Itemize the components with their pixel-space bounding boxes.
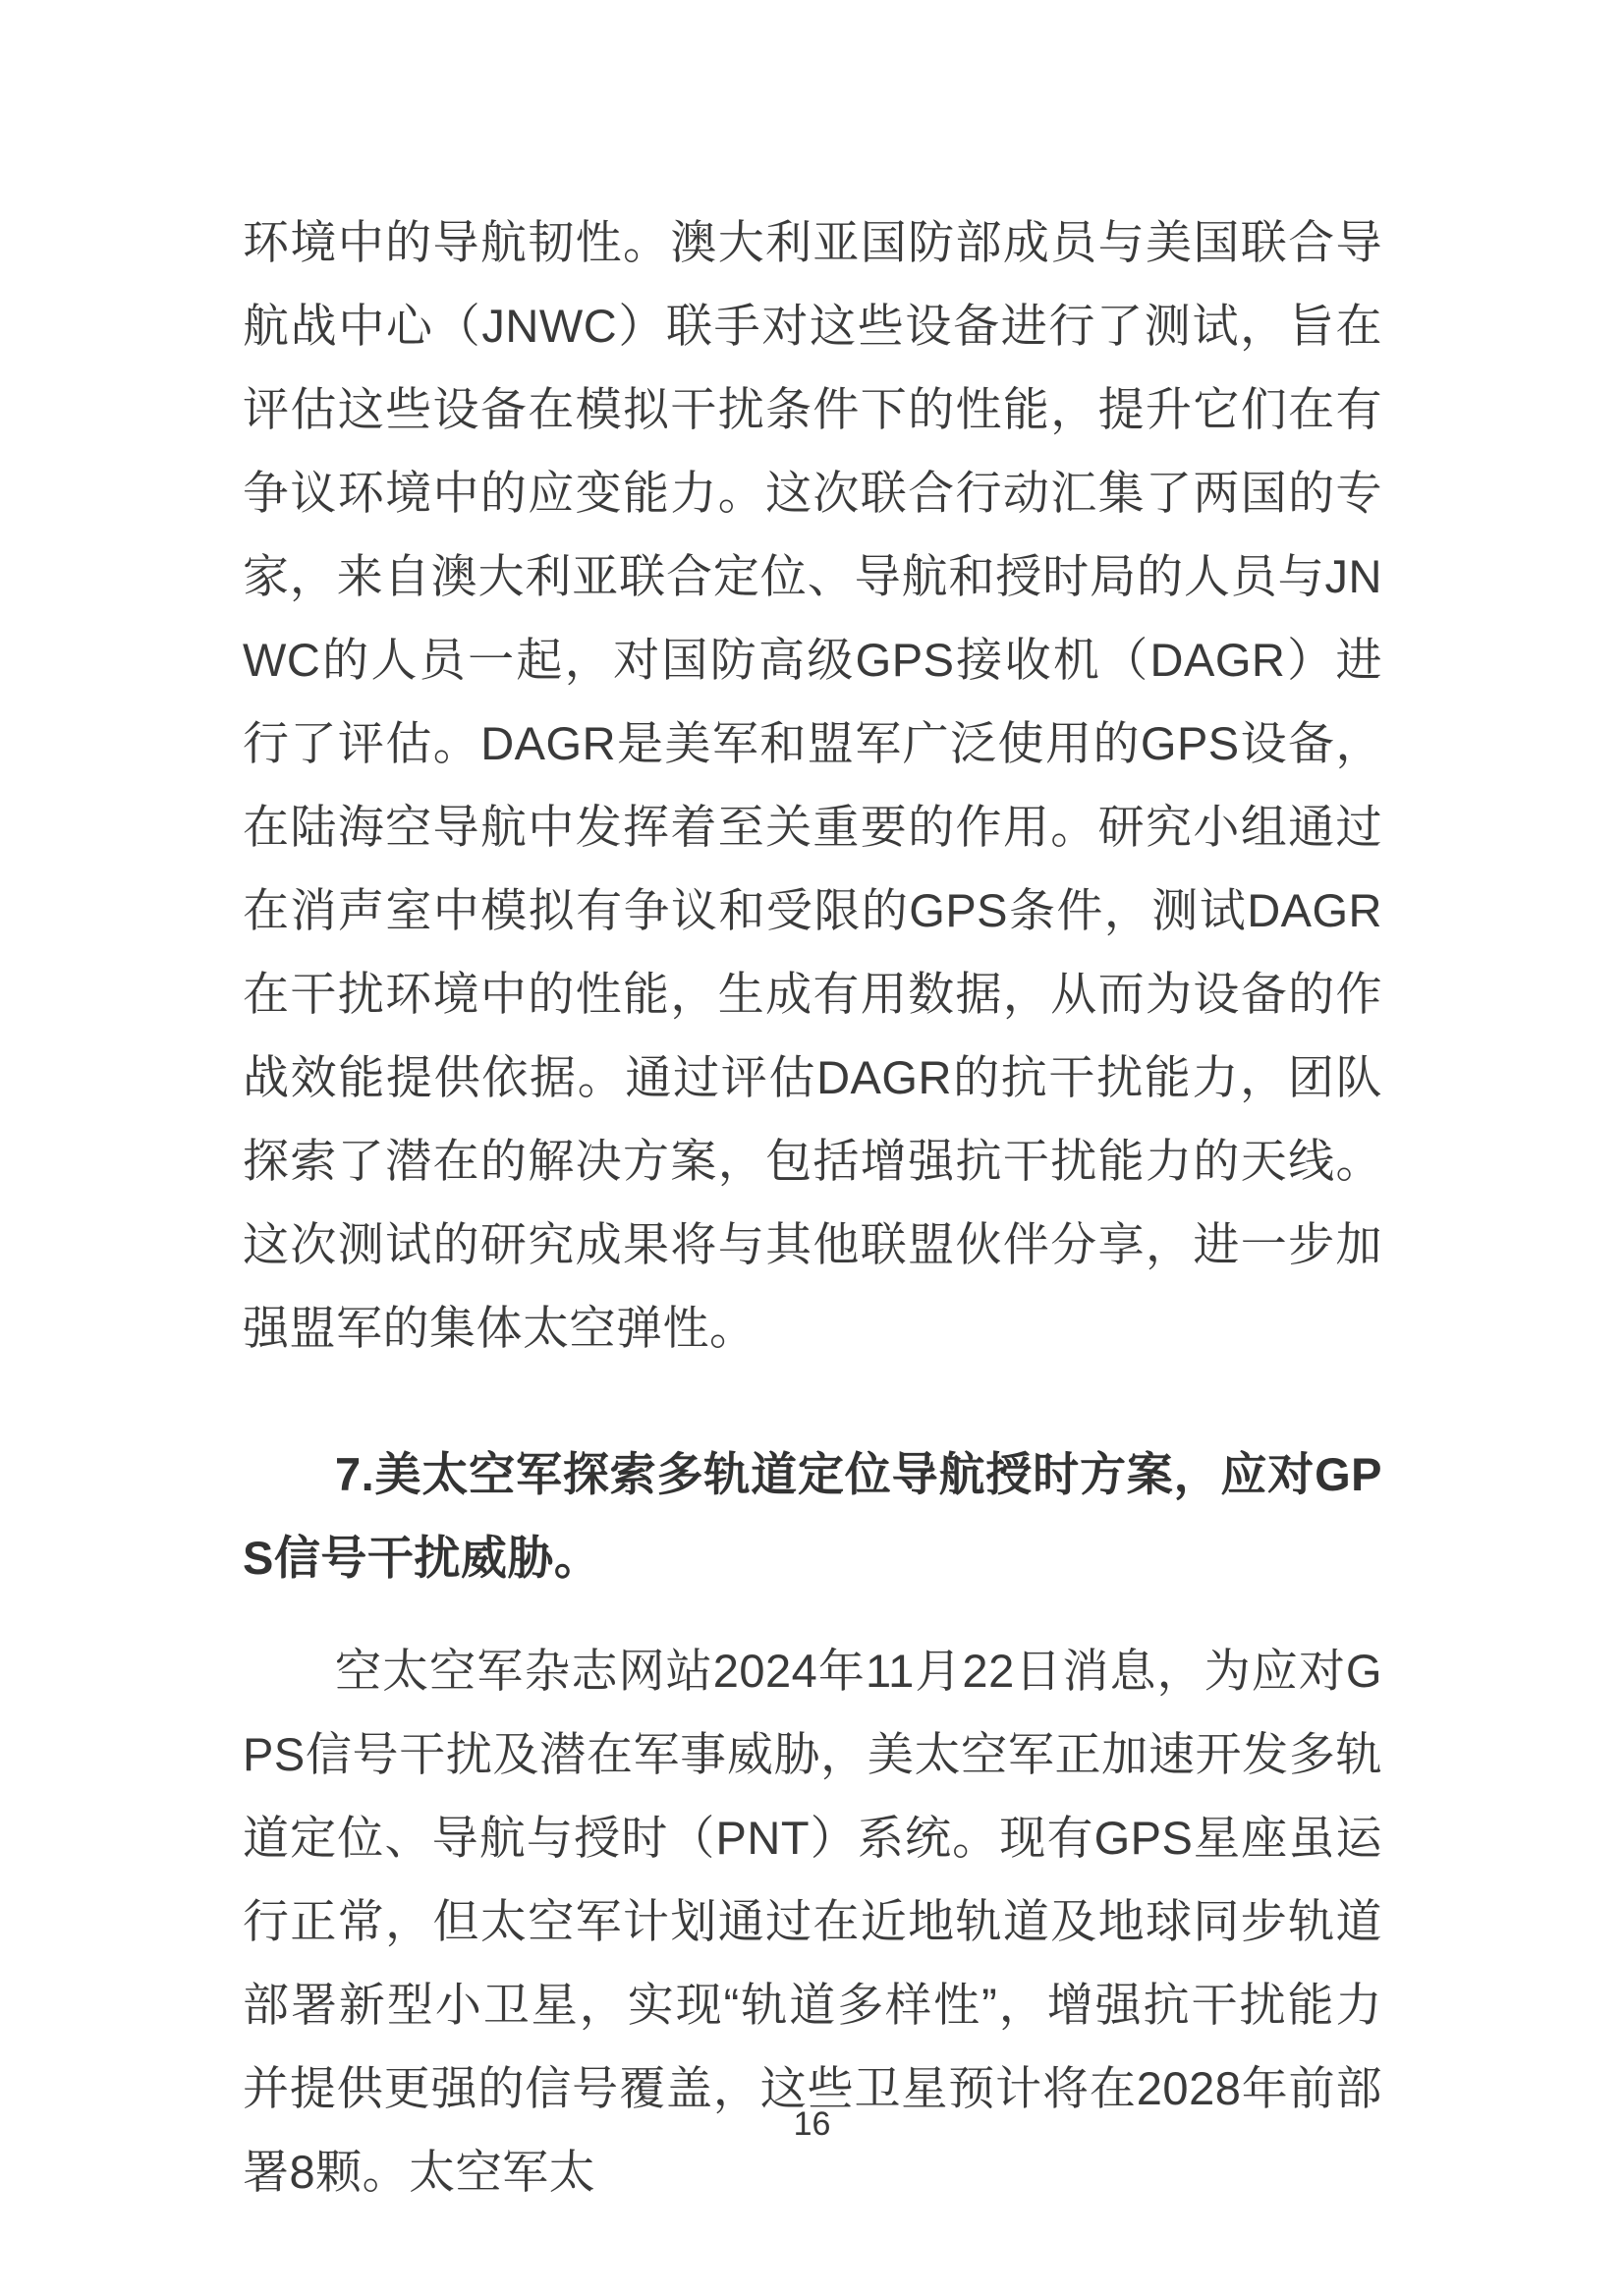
paragraph-continuation: 环境中的导航韧性。澳大利亚国防部成员与美国联合导航战中心（JNWC）联手对这些设… — [243, 200, 1382, 1370]
page-content: 环境中的导航韧性。澳大利亚国防部成员与美国联合导航战中心（JNWC）联手对这些设… — [243, 200, 1382, 2213]
section-heading: 7.美太空军探索多轨道定位导航授时方案，应对GPS信号干扰威胁。 — [243, 1432, 1382, 1599]
page-footer: 16 — [0, 2102, 1624, 2146]
document-page: 环境中的导航韧性。澳大利亚国防部成员与美国联合导航战中心（JNWC）联手对这些设… — [0, 0, 1624, 2296]
page-number: 16 — [794, 2105, 831, 2143]
